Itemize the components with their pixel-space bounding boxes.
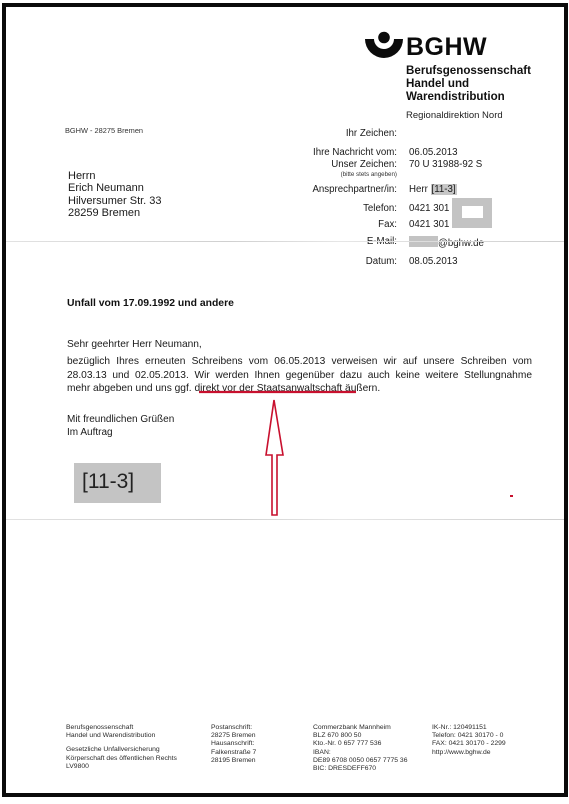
brand-subtitle-line: Warendistribution xyxy=(406,90,531,103)
footer-line: IBAN: xyxy=(313,749,408,757)
ansprechpartner-value: Herr [11-3] xyxy=(409,184,457,195)
fax-label: Fax: xyxy=(378,219,397,230)
regional-office: Regionaldirektion Nord xyxy=(406,110,503,121)
brand-subtitle-line: Handel und xyxy=(406,77,531,90)
redaction-inner-patch xyxy=(462,206,483,218)
body-line: 28.03.13 und 02.05.2013. Wir werden Ihne… xyxy=(67,369,532,383)
footer-line: BLZ 670 800 50 xyxy=(313,732,408,740)
ansprechpartner-label: Ansprechpartner/in: xyxy=(312,184,397,195)
footer-line: 28275 Bremen xyxy=(211,732,256,740)
footer-website-link[interactable]: http://www.bghw.de xyxy=(432,749,506,757)
footer-line: Commerzbank Mannheim xyxy=(313,724,408,732)
closing-line: Mit freundlichen Grüßen xyxy=(67,413,174,426)
footer-line: DE89 6708 0050 0657 7775 36 xyxy=(313,757,408,765)
recipient-line: Herrn xyxy=(68,170,162,182)
footer-col-bank: Commerzbank Mannheim BLZ 670 800 50 Kto.… xyxy=(313,724,408,773)
nachricht-label: Ihre Nachricht vom: xyxy=(313,147,397,158)
footer-col-address: Postanschrift: 28275 Bremen Hausanschrif… xyxy=(211,724,256,765)
redacted-signature: [11-3] xyxy=(74,463,161,503)
body-line: mehr abgeben und uns ggf. direkt vor der… xyxy=(67,382,532,396)
datum-label: Datum: xyxy=(366,256,397,267)
letter-closing: Mit freundlichen Grüßen Im Auftrag xyxy=(67,413,174,439)
ansprechpartner-prefix: Herr xyxy=(409,184,428,195)
red-annotation-layer xyxy=(6,7,564,793)
redacted-extension-box xyxy=(452,198,492,228)
footer-line: Postanschrift: xyxy=(211,724,256,732)
letter-body: bezüglich Ihres erneuten Schreibens vom … xyxy=(67,355,532,396)
fold-line xyxy=(6,241,564,242)
footer-line: LV9800 xyxy=(66,763,177,771)
unser-zeichen-note: (bitte stets angeben) xyxy=(341,171,397,178)
brand-subtitle-line: Berufsgenossenschaft xyxy=(406,64,531,77)
signature-placeholder: [11-3] xyxy=(82,470,134,494)
letter-page: BGHW Berufsgenossenschaft Handel und War… xyxy=(6,7,564,793)
letter-salutation: Sehr geehrter Herr Neumann, xyxy=(67,339,202,350)
footer-line: Gesetzliche Unfallversicherung xyxy=(66,746,177,754)
recipient-line: Erich Neumann xyxy=(68,182,162,194)
footer-line: 28195 Bremen xyxy=(211,757,256,765)
recipient-address: Herrn Erich Neumann Hilversumer Str. 33 … xyxy=(68,170,162,219)
brand-name: BGHW xyxy=(406,33,487,62)
closing-line: Im Auftrag xyxy=(67,426,174,439)
red-dot-mark xyxy=(510,495,513,497)
recipient-line: Hilversumer Str. 33 xyxy=(68,195,162,207)
body-line: bezüglich Ihres erneuten Schreibens vom … xyxy=(67,355,532,369)
arrow-up-icon xyxy=(266,400,283,515)
letter-subject: Unfall vom 17.09.1992 und andere xyxy=(67,298,234,309)
unser-zeichen-label: Unser Zeichen: xyxy=(331,159,397,170)
footer-line: Kto.-Nr. 0 657 777 536 xyxy=(313,740,408,748)
sender-return-address: BGHW - 28275 Bremen xyxy=(65,126,143,135)
fold-line xyxy=(6,519,564,520)
footer-line: IK-Nr.: 120491151 xyxy=(432,724,506,732)
telefon-value: 0421 301 xyxy=(409,203,449,214)
footer-line: Hausanschrift: xyxy=(211,740,256,748)
bghw-logo-icon xyxy=(364,31,404,61)
footer-line: Falkenstraße 7 xyxy=(211,749,256,757)
recipient-line: 28259 Bremen xyxy=(68,207,162,219)
footer-col-contact: IK-Nr.: 120491151 Telefon: 0421 30170 - … xyxy=(432,724,506,757)
footer-line: Berufsgenossenschaft xyxy=(66,724,177,732)
footer-line: FAX: 0421 30170 - 2299 xyxy=(432,740,506,748)
footer-line: Telefon: 0421 30170 - 0 xyxy=(432,732,506,740)
ihr-zeichen-label: Ihr Zeichen: xyxy=(346,128,397,139)
footer-line: Handel und Warendistribution xyxy=(66,732,177,740)
email-value: @bghw.de xyxy=(409,236,484,249)
nachricht-value: 06.05.2013 xyxy=(409,147,458,158)
scanned-letter-frame: BGHW Berufsgenossenschaft Handel und War… xyxy=(2,3,568,797)
datum-value: 08.05.2013 xyxy=(409,256,458,267)
footer-col-organization: Berufsgenossenschaft Handel und Warendis… xyxy=(66,724,177,771)
email-domain: @bghw.de xyxy=(438,238,484,249)
footer-line: BIC: DRESDEFF670 xyxy=(313,765,408,773)
fax-value: 0421 301 xyxy=(409,219,449,230)
footer-line: Körperschaft des öffentlichen Rechts xyxy=(66,755,177,763)
redacted-contact-name: [11-3] xyxy=(431,184,457,195)
brand-subtitle: Berufsgenossenschaft Handel und Warendis… xyxy=(406,64,531,103)
unser-zeichen-value: 70 U 31988-92 S xyxy=(409,159,482,170)
telefon-label: Telefon: xyxy=(363,203,397,214)
